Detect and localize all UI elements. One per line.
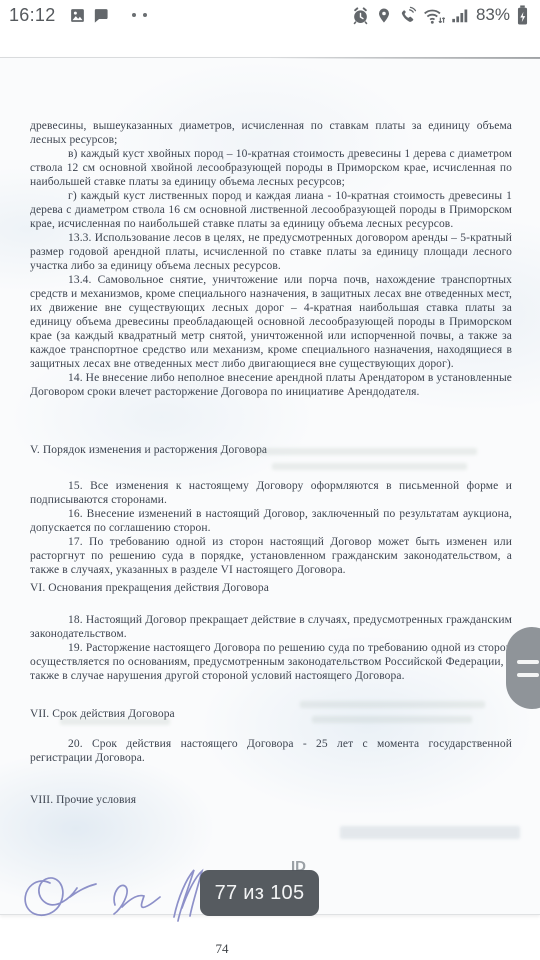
- image-notification-icon: [69, 7, 86, 24]
- battery-percent: 83%: [476, 5, 510, 25]
- clock-time: 16:12: [9, 5, 56, 26]
- doc-paragraph: 14. Не внесение либо неполное внесение а…: [30, 371, 512, 399]
- document-page[interactable]: древесины, вышеуказанных диаметров, исчи…: [0, 57, 540, 915]
- bleed-through-texture: [300, 701, 485, 708]
- bleed-through-texture: [340, 826, 520, 839]
- bleed-through-texture: [272, 463, 467, 470]
- doc-section-heading: VI. Основания прекращения действия Догов…: [30, 581, 512, 595]
- wifi-arrows-icon: [423, 6, 445, 25]
- doc-paragraph: 13.4. Самовольное снятие, уничтожение ил…: [30, 273, 512, 371]
- page-indicator-toast: 77 из 105: [200, 870, 319, 916]
- doc-paragraph: 18. Настоящий Договор прекращает действи…: [30, 613, 512, 641]
- doc-paragraph: 15. Все изменения к настоящему Договору …: [30, 479, 512, 507]
- page-indicator-label: 77 из 105: [215, 882, 305, 905]
- signal-bars-icon: [451, 7, 468, 24]
- doc-paragraph: 19. Расторжение настоящего Договора по р…: [30, 641, 512, 683]
- more-notifications-dots: [132, 13, 147, 17]
- scrollbar-drag-handle[interactable]: [506, 627, 540, 709]
- bleed-through-texture: [60, 718, 170, 725]
- printed-page-number: 74: [192, 941, 252, 957]
- bleed-through-texture: [252, 448, 477, 455]
- doc-paragraph: 16. Внесение изменений в настоящий Догов…: [30, 507, 512, 535]
- handle-grip-line: [517, 673, 539, 677]
- doc-paragraph: 13.3. Использование лесов в целях, не пр…: [30, 231, 512, 273]
- handwritten-signatures: [12, 863, 222, 938]
- doc-paragraph: в) каждый куст хвойных пород – 10-кратна…: [30, 147, 512, 189]
- handle-grip-line: [517, 660, 539, 664]
- battery-charging-icon: [517, 5, 528, 25]
- call-waves-icon: [398, 6, 417, 24]
- doc-section-heading: VIII. Прочие условия: [30, 793, 512, 807]
- doc-paragraph: древесины, вышеуказанных диаметров, исчи…: [30, 119, 512, 147]
- phone-screen: 16:12 83% древесины, выше: [0, 0, 540, 960]
- doc-paragraph: г) каждый куст лиственных пород и каждая…: [30, 189, 512, 231]
- bleed-through-texture: [312, 716, 472, 723]
- doc-paragraph: 17. По требованию одной из сторон настоя…: [30, 535, 512, 577]
- document-text: древесины, вышеуказанных диаметров, исчи…: [0, 58, 540, 807]
- status-bar: 16:12 83%: [0, 0, 540, 30]
- doc-paragraph: 20. Срок действия настоящего Договора - …: [30, 737, 512, 765]
- alarm-icon: [351, 6, 370, 25]
- chat-notification-icon: [92, 7, 109, 24]
- location-icon: [376, 6, 392, 25]
